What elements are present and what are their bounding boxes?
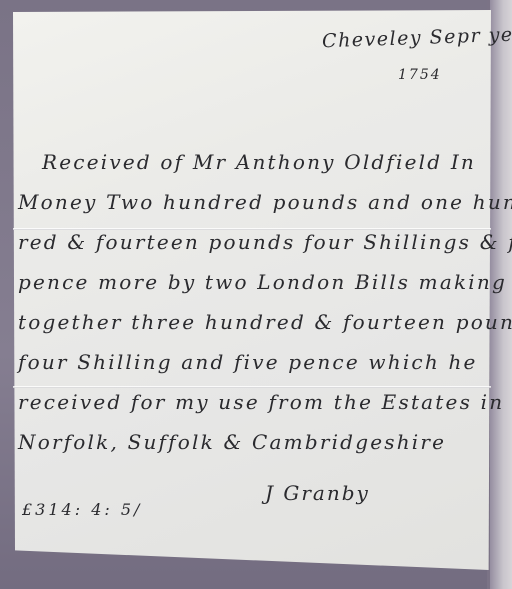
signature: J Granby <box>265 481 370 505</box>
body-line-5: together three hundred & fourteen pounds <box>18 310 512 334</box>
body-line-6: four Shilling and five pence which he <box>18 350 478 374</box>
year: 1754 <box>398 67 442 83</box>
paper-fold-line <box>13 386 491 388</box>
body-line-2: Money Two hundred pounds and one hun- <box>18 190 512 214</box>
body-line-8: Norfolk, Suffolk & Cambridgeshire <box>18 430 446 454</box>
body-line-1: Received of Mr Anthony Oldfield In <box>42 150 476 174</box>
adjacent-page-edge <box>490 0 512 589</box>
body-line-7: received for my use from the Estates in <box>18 390 504 414</box>
amount-total: £314: 4: 5/ <box>22 500 142 519</box>
body-line-4: pence more by two London Bills making <box>18 270 507 294</box>
body-line-3: red & fourteen pounds four Shillings & f… <box>18 230 512 254</box>
